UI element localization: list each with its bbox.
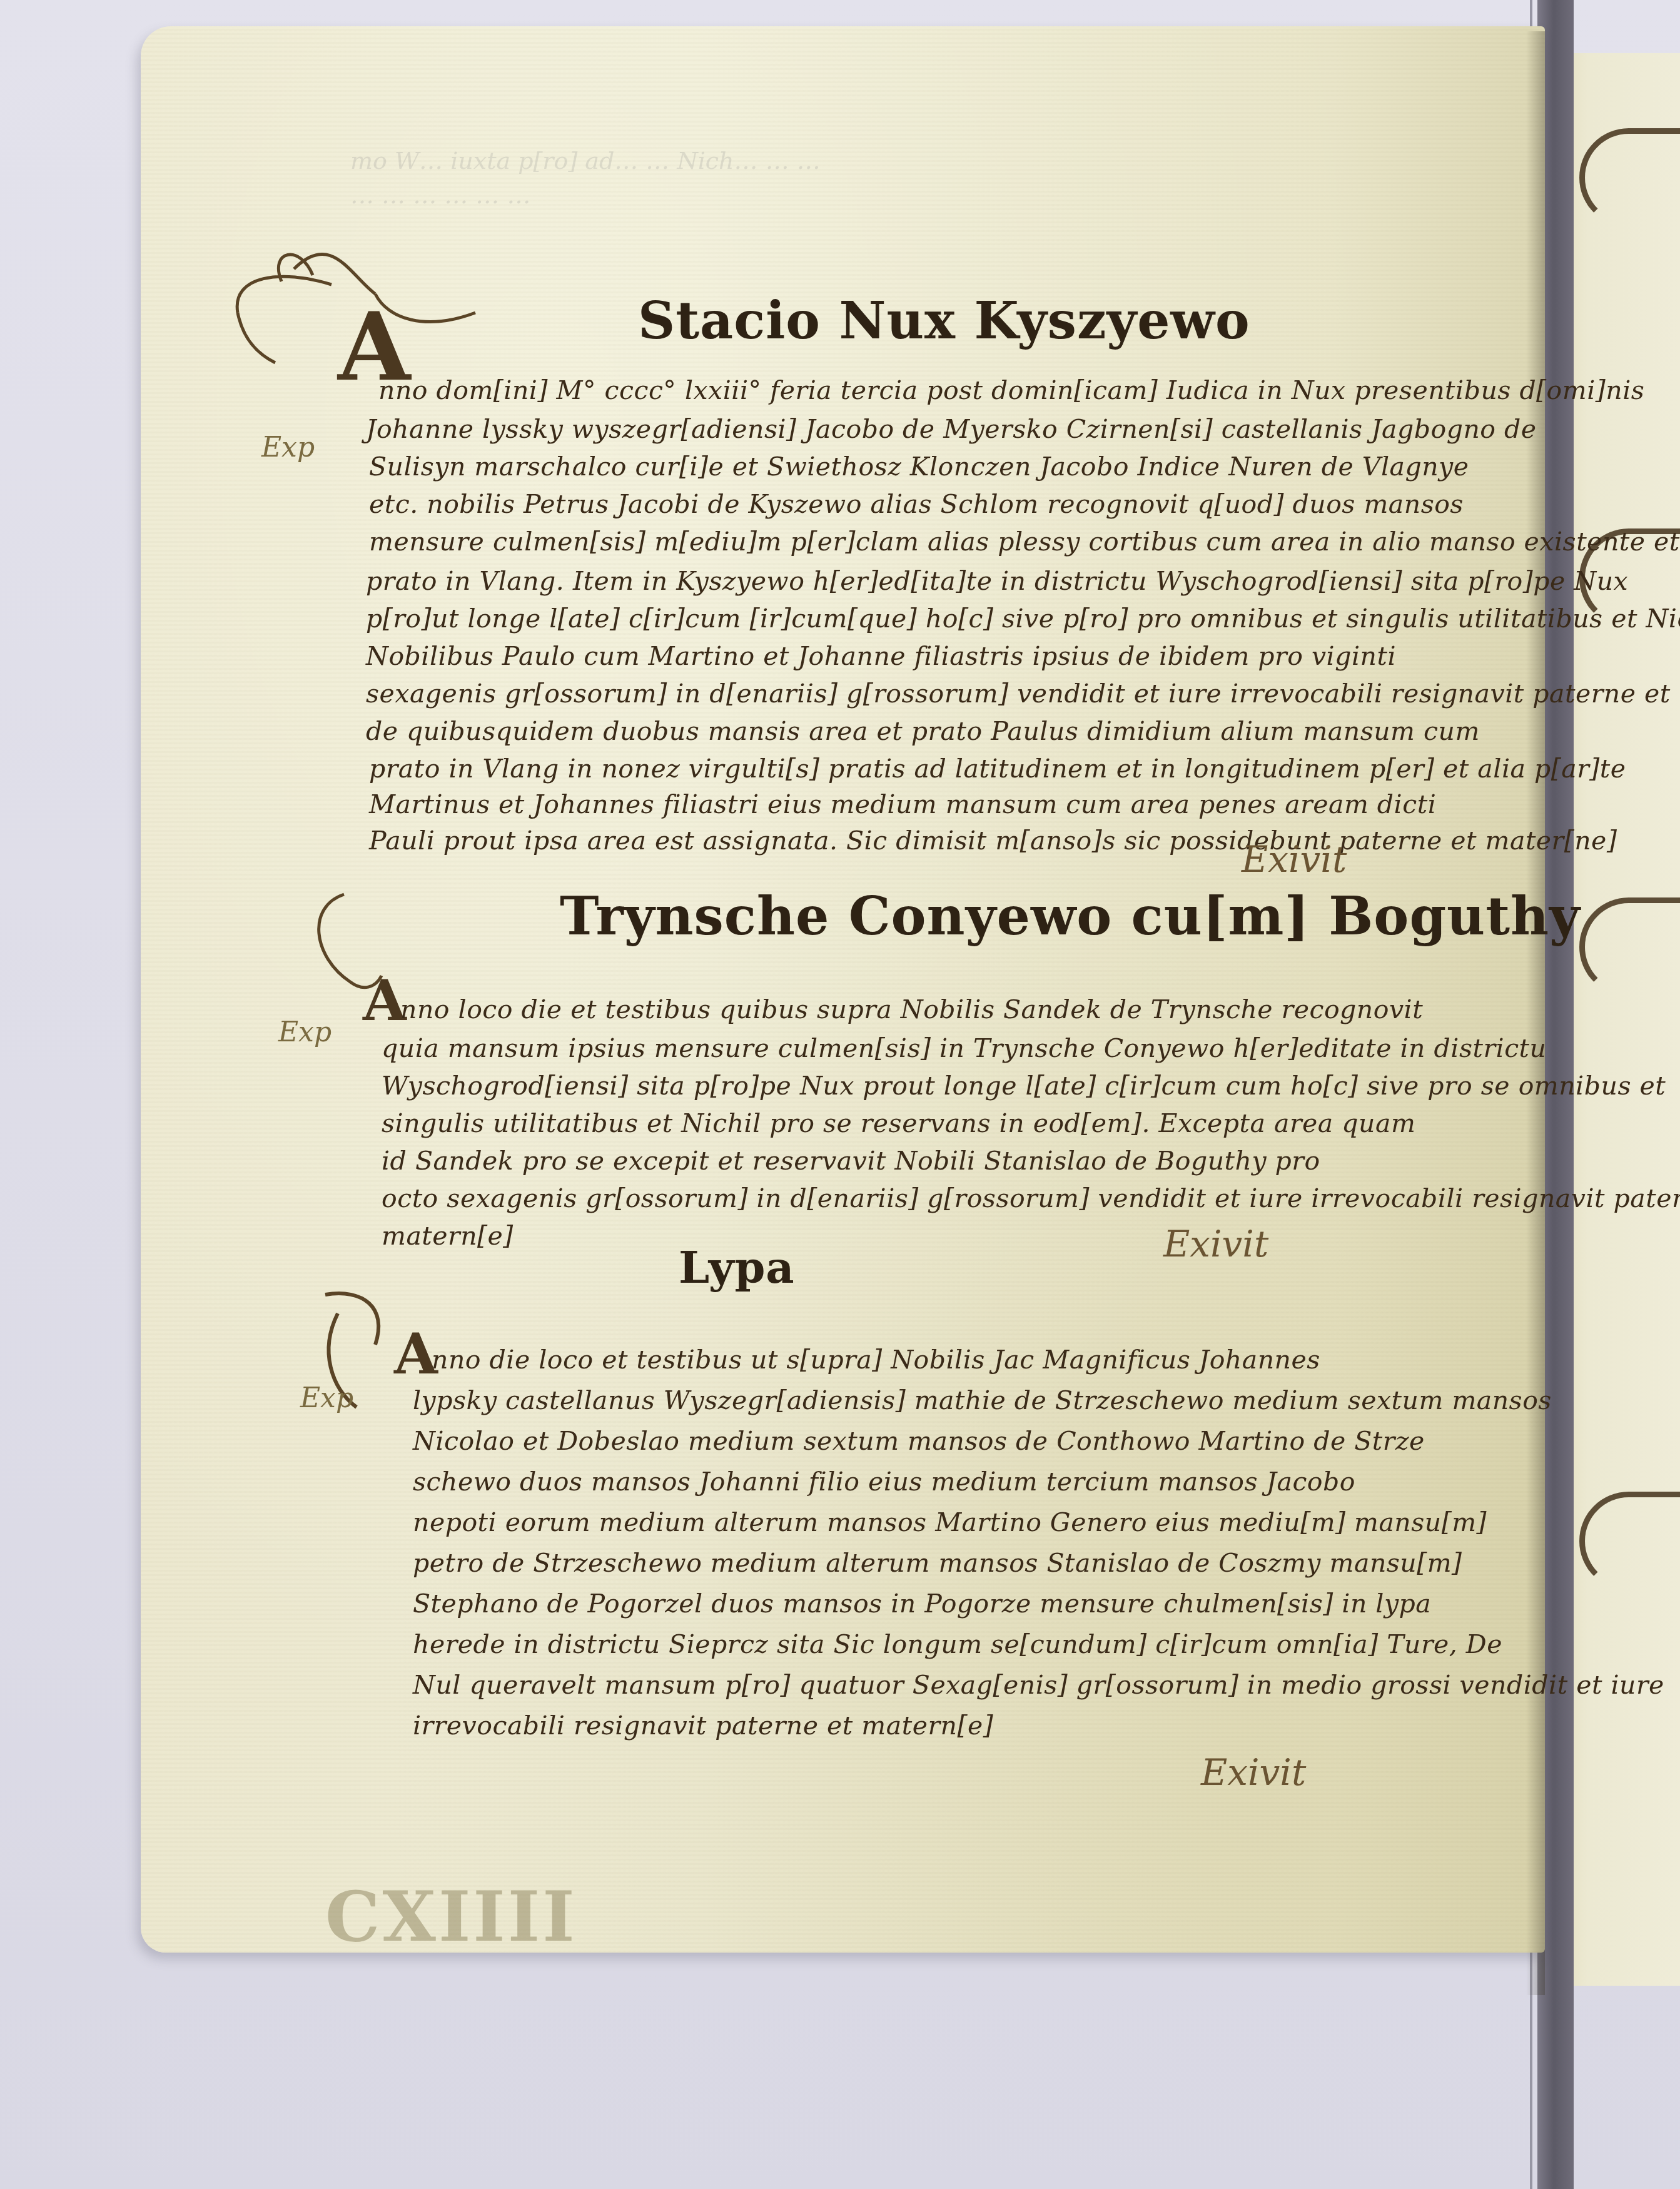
text-line: schewo duos mansos Johanni filio eius me… [413,1467,1355,1497]
exivit-mark: Exivit [1201,1751,1306,1794]
text-line: Pauli prout ipsa area est assignata. Sic… [369,826,1617,856]
text-line: matern[e] [382,1221,514,1251]
text-line: petro de Strzeschewo medium alterum mans… [413,1548,1462,1578]
text-line: sexagenis gr[ossorum] in d[enariis] g[ro… [366,679,1680,709]
flourish-decoration [1579,1492,1680,1590]
text-line: Stephano de Pogorzel duos mansos in Pogo… [413,1589,1431,1619]
text-line: quia mansum ipsius mensure culmen[sis] i… [382,1033,1546,1063]
flourish-decoration [1579,897,1680,996]
exivit-mark: Exivit [1242,838,1347,881]
text-line: de quibusquidem duobus mansis area et pr… [366,716,1480,746]
text-line: mensure culmen[sis] m[ediu]m p[er]clam a… [369,527,1680,557]
text-line: Nicolao et Dobeslao medium sextum mansos… [413,1426,1425,1456]
text-line: Nul queravelt mansum p[ro] quatuor Sexag… [413,1670,1664,1700]
margin-note: Exp [300,1382,353,1414]
bleed-through-text: … … … … … … [350,181,530,209]
exivit-mark: Exivit [1163,1223,1268,1265]
margin-note: Exp [278,1016,331,1048]
entry-heading: Trynsche Conyewo cu[m] Boguthy [560,885,1581,947]
text-line: lypsky castellanus Wyszegr[adiensis] mat… [413,1385,1552,1415]
text-line: nno die loco et testibus ut s[upra] Nobi… [432,1345,1320,1375]
text-line: nno dom[ini] M° cccc° lxxiii° feria terc… [378,375,1644,405]
text-line: octo sexagenis gr[ossorum] in d[enariis]… [382,1183,1680,1213]
text-line: Nobilibus Paulo cum Martino et Johanne f… [366,641,1396,671]
text-line: singulis utilitatibus et Nichil pro se r… [382,1108,1415,1138]
text-line: Sulisyn marschalco cur[i]e et Swiethosz … [369,452,1469,482]
text-line: etc. nobilis Petrus Jacobi de Kyszewo al… [369,489,1464,519]
text-line: nno loco die et testibus quibus supra No… [400,994,1423,1024]
entry-heading: Lypa [679,1241,795,1293]
text-line: p[ro]ut longe l[ate] c[ir]cum [ir]cum[qu… [366,604,1680,634]
text-line: prato in Vlang. Item in Kyszyewo h[er]ed… [366,566,1628,596]
folio-number-faded: CXIIII [325,1876,577,1957]
gutter-shadow [1526,31,1545,1995]
text-line: Wyschogrod[iensi] sita p[ro]pe Nux prout… [382,1071,1666,1101]
text-line: nepoti eorum medium alterum mansos Marti… [413,1507,1487,1537]
text-line: Martinus et Johannes filiastri eius medi… [369,789,1436,819]
text-line: prato in Vlang in nonez virgulti[s] prat… [369,754,1626,784]
bleed-through-text: mo W… iuxta p[ro] ad… … Nich… … … [350,147,821,174]
text-line: herede in districtu Sieprcz sita Sic lon… [413,1629,1502,1659]
text-line: irrevocabili resignavit paterne et mater… [413,1711,993,1741]
entry-heading: Stacio Nux Kyszyewo [638,291,1250,351]
text-line: id Sandek pro se excepit et reservavit N… [382,1146,1320,1176]
text-line: Johanne lyssky wyszegr[adiensi] Jacobo d… [366,414,1537,444]
margin-note: Exp [261,432,315,463]
flourish-decoration [1579,128,1680,227]
